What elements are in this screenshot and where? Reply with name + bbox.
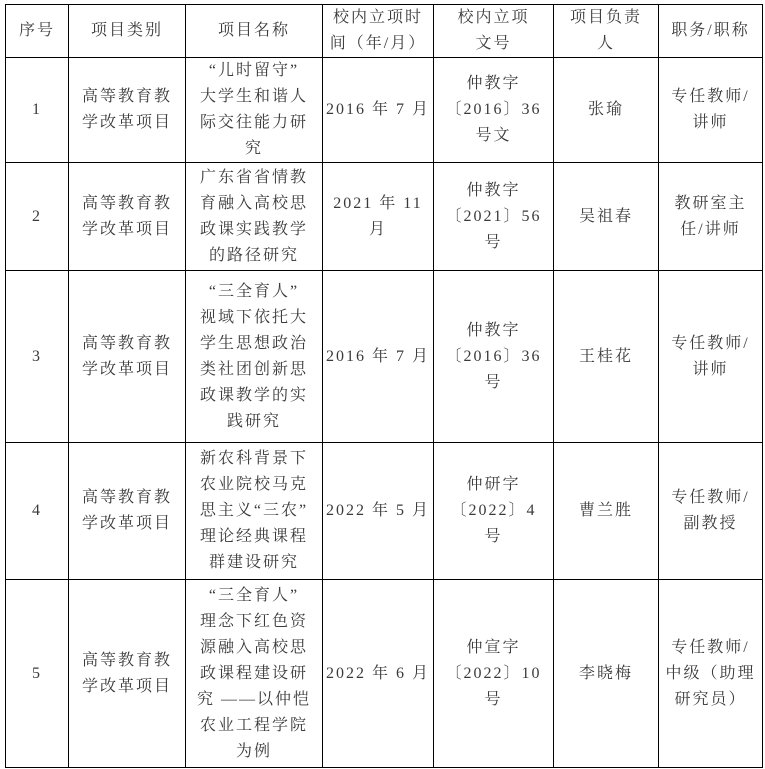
time-cell: 2016 年 7 月: [323, 58, 434, 163]
category-cell: 高等教育教 学改革项目: [69, 443, 186, 580]
table-row: 1 高等教育教 学改革项目 “儿时留守” 大学生和谐人 际交往能力研 究 201…: [6, 58, 763, 163]
seq-cell: 5: [6, 580, 69, 768]
document-page: 序号 项目类别 项目名称 校内立项时 间（年/月） 校内立项 文号 项目负责 人…: [0, 0, 765, 769]
leader-cell: 李晓梅: [554, 580, 659, 768]
seq-cell: 3: [6, 271, 69, 443]
time-cell: 2022 年 6 月: [323, 580, 434, 768]
time-cell: 2016 年 7 月: [323, 271, 434, 443]
category-cell: 高等教育教 学改革项目: [69, 58, 186, 163]
leader-cell: 王桂花: [554, 271, 659, 443]
column-header-seq: 序号: [6, 5, 69, 58]
doc-no-cell: 仲教字 〔2016〕36 号文: [434, 58, 554, 163]
table-row: 3 高等教育教 学改革项目 “三全育人” 视域下依托大 学生思想政治 类社团创新…: [6, 271, 763, 443]
column-header-time: 校内立项时 间（年/月）: [323, 5, 434, 58]
title-cell: 专任教师/ 讲师: [659, 58, 763, 163]
category-cell: 高等教育教 学改革项目: [69, 271, 186, 443]
table-row: 5 高等教育教 学改革项目 “三全育人” 理念下红色资 源融入高校思 政课程建设…: [6, 580, 763, 768]
leader-cell: 张瑜: [554, 58, 659, 163]
table-header-row: 序号 项目类别 项目名称 校内立项时 间（年/月） 校内立项 文号 项目负责 人…: [6, 5, 763, 58]
category-cell: 高等教育教 学改革项目: [69, 580, 186, 768]
leader-cell: 吴祖春: [554, 163, 659, 271]
doc-no-cell: 仲教字 〔2016〕36 号: [434, 271, 554, 443]
title-cell: 专任教师/ 讲师: [659, 271, 763, 443]
category-cell: 高等教育教 学改革项目: [69, 163, 186, 271]
time-cell: 2021 年 11 月: [323, 163, 434, 271]
column-header-doc-no: 校内立项 文号: [434, 5, 554, 58]
name-cell: “三全育人” 视域下依托大 学生思想政治 类社团创新思 政课教学的实 践研究: [186, 271, 323, 443]
seq-cell: 4: [6, 443, 69, 580]
column-header-name: 项目名称: [186, 5, 323, 58]
doc-no-cell: 仲研字 〔2022〕4 号: [434, 443, 554, 580]
seq-cell: 1: [6, 58, 69, 163]
doc-no-cell: 仲教字 〔2021〕56 号: [434, 163, 554, 271]
name-cell: 新农科背景下 农业院校马克 思主义“三农” 理论经典课程 群建设研究: [186, 443, 323, 580]
column-header-leader: 项目负责 人: [554, 5, 659, 58]
title-cell: 专任教师/ 副教授: [659, 443, 763, 580]
doc-no-cell: 仲宣字 〔2022〕10 号: [434, 580, 554, 768]
table-row: 4 高等教育教 学改革项目 新农科背景下 农业院校马克 思主义“三农” 理论经典…: [6, 443, 763, 580]
seq-cell: 2: [6, 163, 69, 271]
projects-table: 序号 项目类别 项目名称 校内立项时 间（年/月） 校内立项 文号 项目负责 人…: [5, 4, 763, 768]
name-cell: “三全育人” 理念下红色资 源融入高校思 政课程建设研 究 ——以仲恺 农业工程…: [186, 580, 323, 768]
leader-cell: 曹兰胜: [554, 443, 659, 580]
column-header-category: 项目类别: [69, 5, 186, 58]
name-cell: “儿时留守” 大学生和谐人 际交往能力研 究: [186, 58, 323, 163]
title-cell: 教研室主 任/讲师: [659, 163, 763, 271]
name-cell: 广东省省情教 育融入高校思 政课实践教学 的路径研究: [186, 163, 323, 271]
title-cell: 专任教师/ 中级（助理 研究员）: [659, 580, 763, 768]
time-cell: 2022 年 5 月: [323, 443, 434, 580]
table-row: 2 高等教育教 学改革项目 广东省省情教 育融入高校思 政课实践教学 的路径研究…: [6, 163, 763, 271]
column-header-title: 职务/职称: [659, 5, 763, 58]
